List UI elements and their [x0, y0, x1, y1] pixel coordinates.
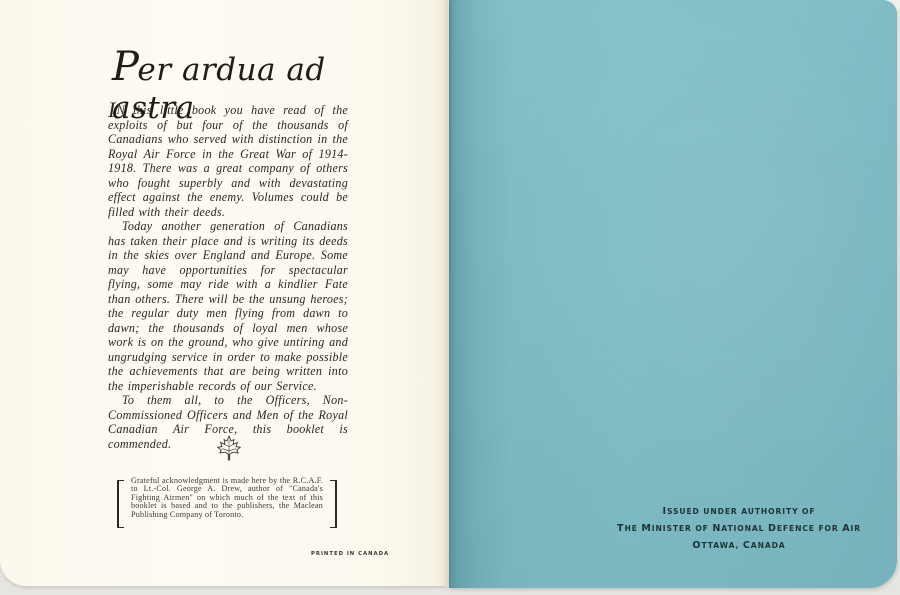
paragraph-1: IN this little book you have read of the… [108, 103, 348, 219]
imprint: Issued under authority of The Minister o… [601, 503, 900, 554]
bracket-left [117, 480, 124, 528]
booklet-spread: Per ardua ad astra IN this little book y… [0, 0, 900, 595]
paragraph-2: Today another generation of Canadians ha… [108, 219, 348, 393]
spine-edge [449, 0, 452, 588]
left-page: Per ardua ad astra IN this little book y… [0, 0, 448, 586]
bracket-right [330, 480, 337, 528]
title-initial: P [112, 44, 139, 90]
imprint-line-3: Ottawa, Canada [619, 537, 859, 554]
body-text: IN this little book you have read of the… [108, 103, 348, 451]
imprint-line-1: Issued under authority of [619, 503, 859, 520]
imprint-line-2: The Minister of National Defence for Air [609, 520, 869, 537]
right-page-cover: Issued under authority of The Minister o… [449, 0, 897, 588]
acknowledgment-text: Grateful acknowledgment is made here by … [131, 477, 323, 519]
maple-leaf-icon [215, 434, 243, 462]
printed-in-canada: PRINTED IN CANADA [311, 551, 389, 557]
acknowledgment-box: Grateful acknowledgment is made here by … [117, 476, 337, 528]
